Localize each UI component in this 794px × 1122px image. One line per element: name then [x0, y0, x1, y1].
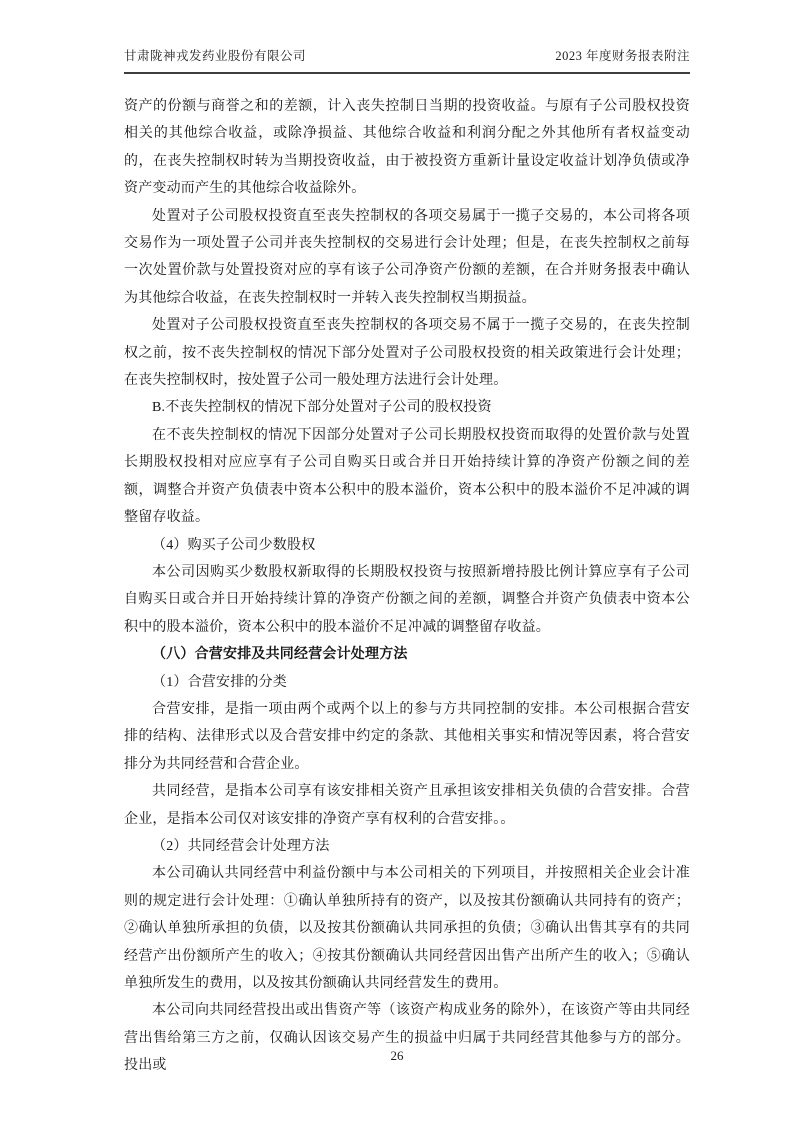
subheading-purchase-minority-interest: （4）购买子公司少数股权	[124, 532, 690, 559]
paragraph-joint-arrangement-definition: 合营安排，是指一项由两个或两个以上的参与方共同控制的安排。本公司根据合营安排的结…	[124, 696, 690, 778]
paragraph-asset-contribution: 本公司向共同经营投出或出售资产等（该资产构成业务的除外），在该资产等由共同经营出…	[124, 997, 690, 1079]
paragraph-joint-operation-definition: 共同经营，是指本公司享有该安排相关资产且承担该安排相关负债的合营安排。合营企业，…	[124, 778, 690, 833]
paragraph-minority-interest-accounting: 本公司因购买少数股权新取得的长期股权投资与按照新增持股比例计算应享有子公司自购买…	[124, 559, 690, 641]
header-company-name: 甘肃陇神戎发药业股份有限公司	[124, 46, 306, 64]
document-body: 资产的份额与商誉之和的差额，计入丧失控制日当期的投资收益。与原有子公司股权投资相…	[124, 93, 690, 1080]
paragraph-loss-of-control-continued: 资产的份额与商誉之和的差额，计入丧失控制日当期的投资收益。与原有子公司股权投资相…	[124, 93, 690, 203]
header-doc-title: 2023 年度财务报表附注	[555, 46, 690, 64]
paragraph-partial-disposal-accounting: 在不丧失控制权的情况下因部分处置对子公司长期股权投资而取得的处置价款与处置长期股…	[124, 422, 690, 532]
paragraph-joint-operation-items: 本公司确认共同经营中利益份额中与本公司相关的下列项目，并按照相关企业会计准则的规…	[124, 860, 690, 997]
subheading-joint-arrangement-classification: （1）合营安排的分类	[124, 669, 690, 696]
page-footer: 26	[0, 1048, 794, 1064]
document-page: 甘肃陇神戎发药业股份有限公司 2023 年度财务报表附注 资产的份额与商誉之和的…	[0, 0, 794, 1122]
section-heading-joint-arrangements: （八）合营安排及共同经营会计处理方法	[124, 641, 690, 668]
subheading-joint-operation-accounting: （2）共同经营会计处理方法	[124, 833, 690, 860]
paragraph-non-bundled-transactions: 处置对子公司股权投资直至丧失控制权的各项交易不属于一揽子交易的，在丧失控制权之前…	[124, 312, 690, 394]
page-number: 26	[391, 1048, 404, 1063]
paragraph-bundled-transactions: 处置对子公司股权投资直至丧失控制权的各项交易属于一揽子交易的，本公司将各项交易作…	[124, 203, 690, 313]
page-header: 甘肃陇神戎发药业股份有限公司 2023 年度财务报表附注	[124, 46, 690, 74]
subheading-partial-disposal-without-loss: B.不丧失控制权的情况下部分处置对子公司的股权投资	[124, 394, 690, 421]
